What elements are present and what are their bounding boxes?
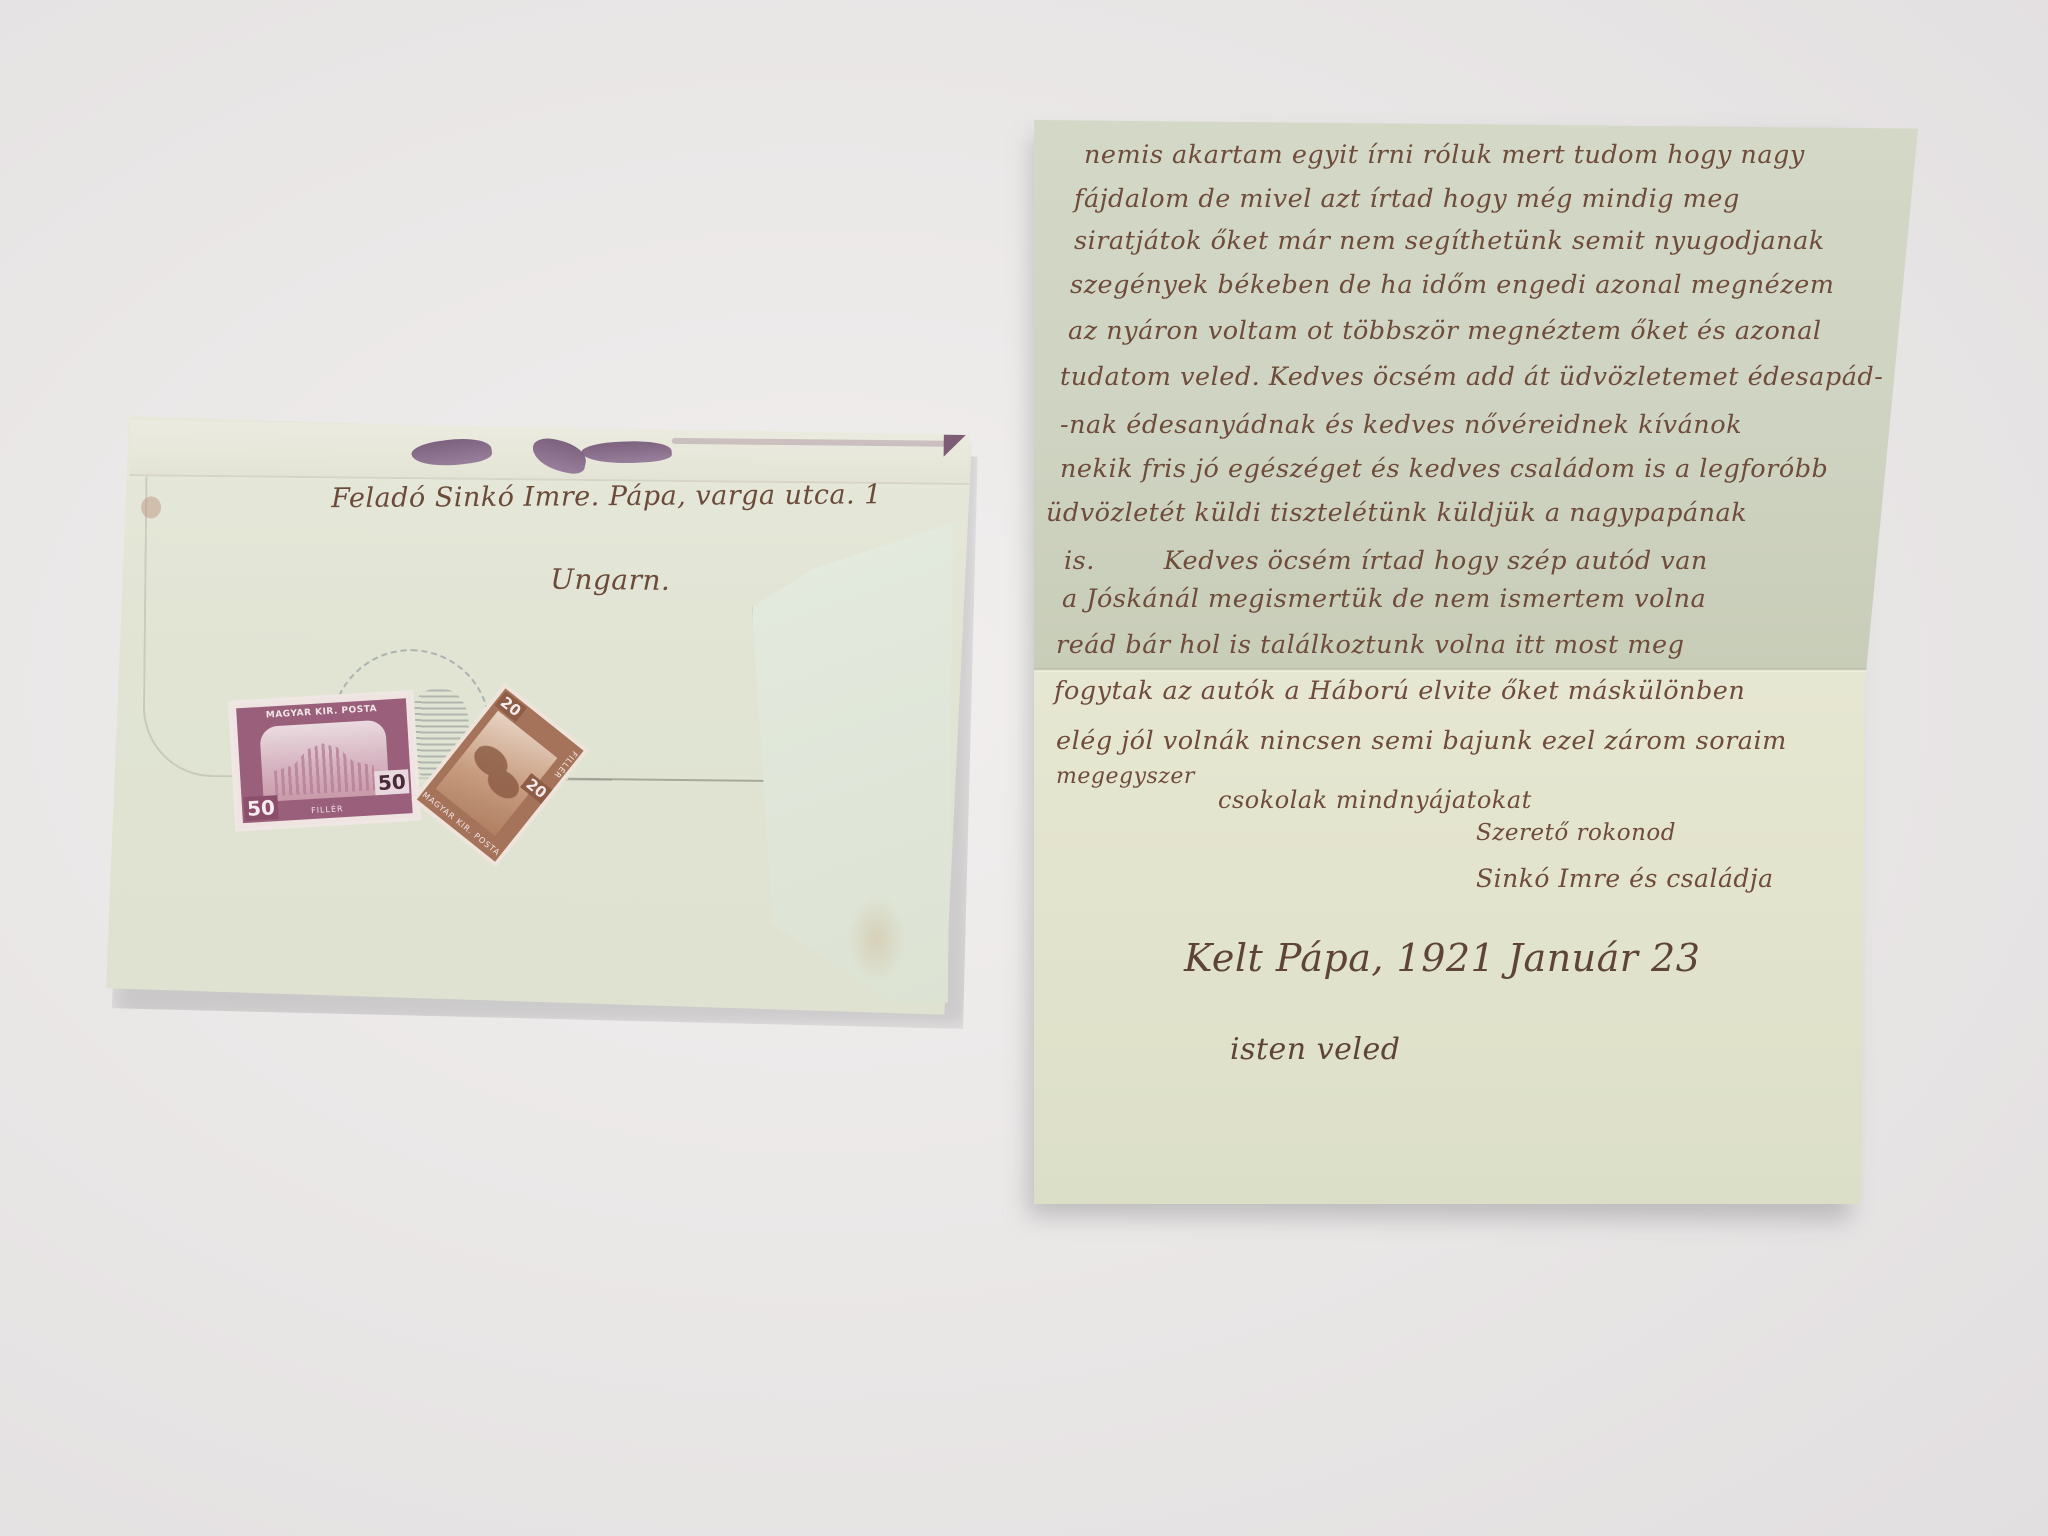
envelope: Feladó Sinkó Imre. Pápa, varga utca. 1 U… [106, 416, 972, 1015]
stamp-frame: MAGYAR KIR. POSTA FILLÉR 50 50 [236, 698, 413, 823]
letter-line: üdvözletét küldi tisztelétünk küldjük a … [1046, 498, 1747, 528]
letter-date: Kelt Pápa, 1921 Január 23 [1184, 936, 1700, 980]
letter-line: nekik fris jó egészéget és kedves család… [1060, 454, 1828, 484]
letter-line: -nak édesanyádnak és kedves nővéreidnek … [1060, 410, 1742, 440]
letter-line: siratjátok őket már nem segíthetünk semi… [1074, 226, 1825, 256]
stamp-country-text: MAGYAR KIR. POSTA [236, 702, 406, 722]
stamp-value: 50 [374, 769, 409, 795]
country-label: Ungarn. [550, 563, 670, 597]
letter-line: megegyszer [1056, 764, 1195, 789]
stamp-50-filler: MAGYAR KIR. POSTA FILLÉR 50 50 [231, 693, 418, 828]
letter-line: az nyáron voltam ot többször megnéztem ő… [1068, 316, 1822, 346]
letter-line: tudatom veled. Kedves öcsém add át üdvöz… [1060, 362, 1883, 392]
letter-fold-crease [1034, 668, 1918, 672]
letter-line: is. Kedves öcsém írtad hogy szép autód v… [1064, 546, 1708, 576]
letter-signature: Sinkó Imre és családja [1476, 864, 1774, 893]
letter-line: elég jól volnák nincsen semi bajunk ezel… [1056, 726, 1787, 756]
stamp-value: 50 [243, 795, 278, 821]
letter-line: a Jóskánál megismertük de nem ismertem v… [1062, 584, 1706, 614]
letter-line: nemis akartam egyit írni róluk mert tudo… [1084, 140, 1805, 170]
letter-line: fogytak az autók a Háború elvite őket má… [1054, 676, 1745, 706]
letter-line: reád bár hol is találkoztunk volna itt m… [1056, 630, 1684, 660]
letter-line: fájdalom de mivel azt írtad hogy még min… [1074, 184, 1740, 214]
purple-lining-corner [944, 435, 966, 457]
letter-line: szegények békeben de ha időm engedi azon… [1070, 270, 1834, 300]
letter-sheet: nemis akartam egyit írni róluk mert tudo… [1034, 120, 1918, 1204]
letter-farewell: isten veled [1230, 1032, 1400, 1067]
letter-closing: csokolak mindnyájatokat [1218, 786, 1532, 814]
age-stain [141, 496, 161, 518]
sender-address: Feladó Sinkó Imre. Pápa, varga utca. 1 [331, 479, 882, 514]
letter-signoff: Szerető rokonod [1476, 820, 1676, 846]
